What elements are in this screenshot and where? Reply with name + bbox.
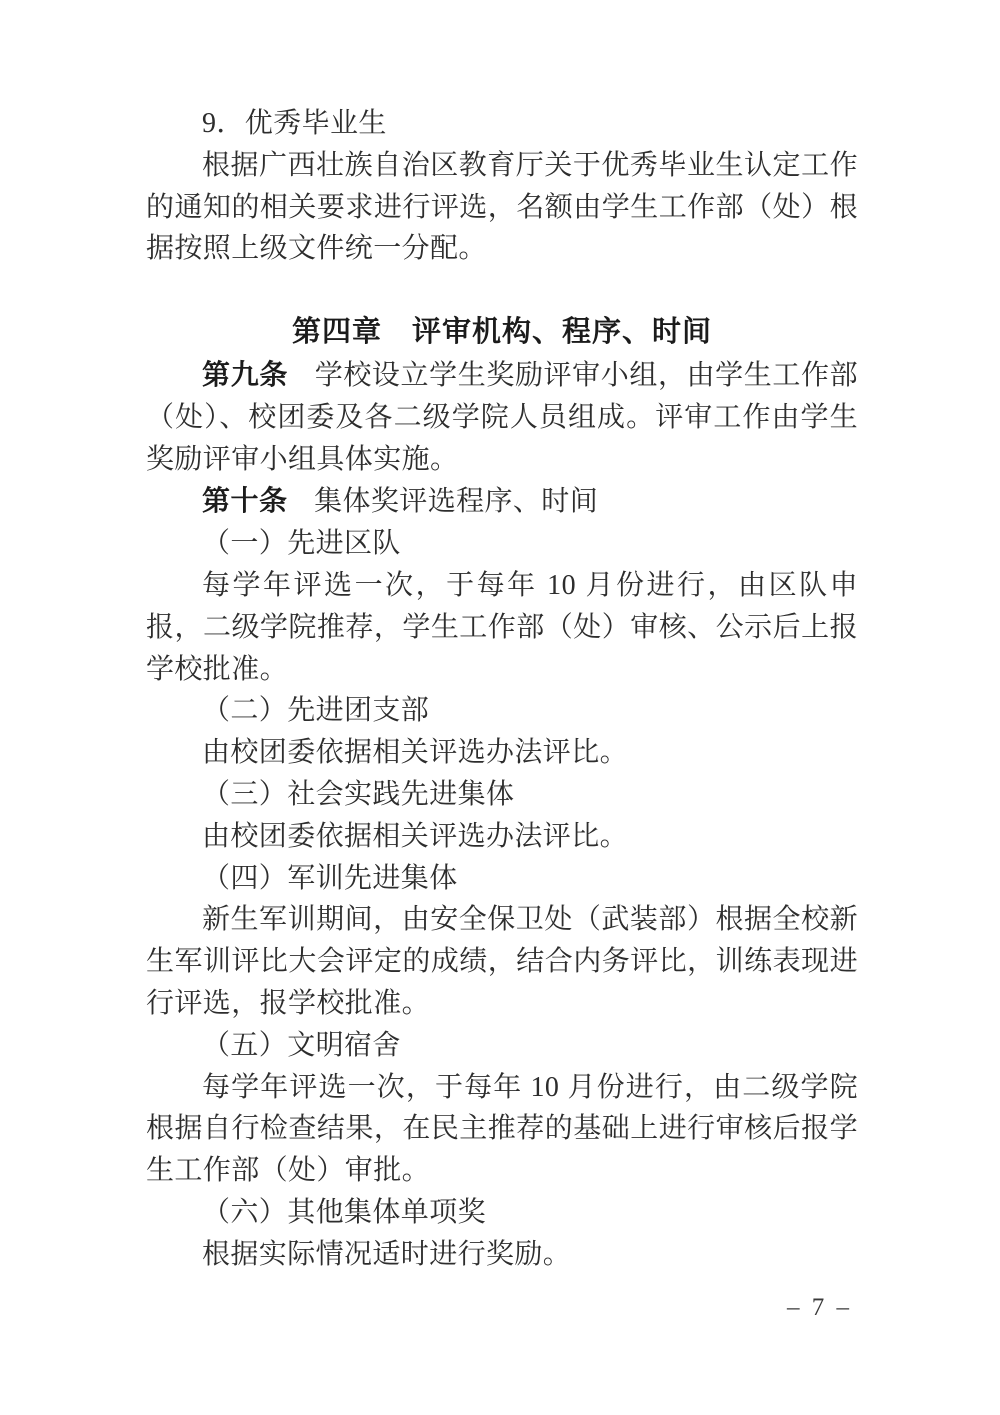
- procedure-item-body: 新生军训期间，由安全保卫处（武装部）根据全校新生军训评比大会评定的成绩，结合内务…: [146, 899, 858, 1024]
- article-10-text: 集体奖评选程序、时间: [314, 486, 598, 517]
- chapter-4-heading: 第四章 评审机构、程序、时间: [146, 312, 858, 354]
- procedure-item-heading: （一）先进区队: [146, 523, 858, 565]
- article-9-label: 第九条: [202, 359, 288, 390]
- section-item-9-body: 根据广西壮族自治区教育厅关于优秀毕业生认定工作的通知的相关要求进行评选，名额由学…: [146, 145, 858, 270]
- procedure-item-body: 每学年评选一次，于每年 10 月份进行，由区队申报，二级学院推荐，学生工作部（处…: [146, 565, 858, 690]
- procedure-item-heading: （五）文明宿舍: [146, 1025, 858, 1067]
- article-10-paragraph: 第十条集体奖评选程序、时间: [146, 480, 858, 523]
- document-body: 9．优秀毕业生 根据广西壮族自治区教育厅关于优秀毕业生认定工作的通知的相关要求进…: [146, 103, 858, 1276]
- procedure-item-body: 由校团委依据相关评选办法评比。: [146, 816, 858, 858]
- procedure-item-heading: （二）先进团支部: [146, 690, 858, 732]
- procedure-item-body: 每学年评选一次，于每年 10 月份进行，由二级学院根据自行检查结果，在民主推荐的…: [146, 1067, 858, 1192]
- procedure-item-body: 根据实际情况适时进行奖励。: [146, 1234, 858, 1276]
- procedure-item-body: 由校团委依据相关评选办法评比。: [146, 732, 858, 774]
- procedure-item-heading: （三）社会实践先进集体: [146, 774, 858, 816]
- procedure-item-heading: （四）军训先进集体: [146, 858, 858, 900]
- section-item-9-title: 9．优秀毕业生: [146, 103, 858, 145]
- article-9-paragraph: 第九条学校设立学生奖励评审小组，由学生工作部（处）、校团委及各二级学院人员组成。…: [146, 354, 858, 480]
- procedure-item-heading: （六）其他集体单项奖: [146, 1192, 858, 1234]
- document-page: 9．优秀毕业生 根据广西壮族自治区教育厅关于优秀毕业生认定工作的通知的相关要求进…: [0, 0, 1000, 1415]
- article-10-label: 第十条: [202, 485, 288, 516]
- page-number: – 7 –: [787, 1293, 852, 1323]
